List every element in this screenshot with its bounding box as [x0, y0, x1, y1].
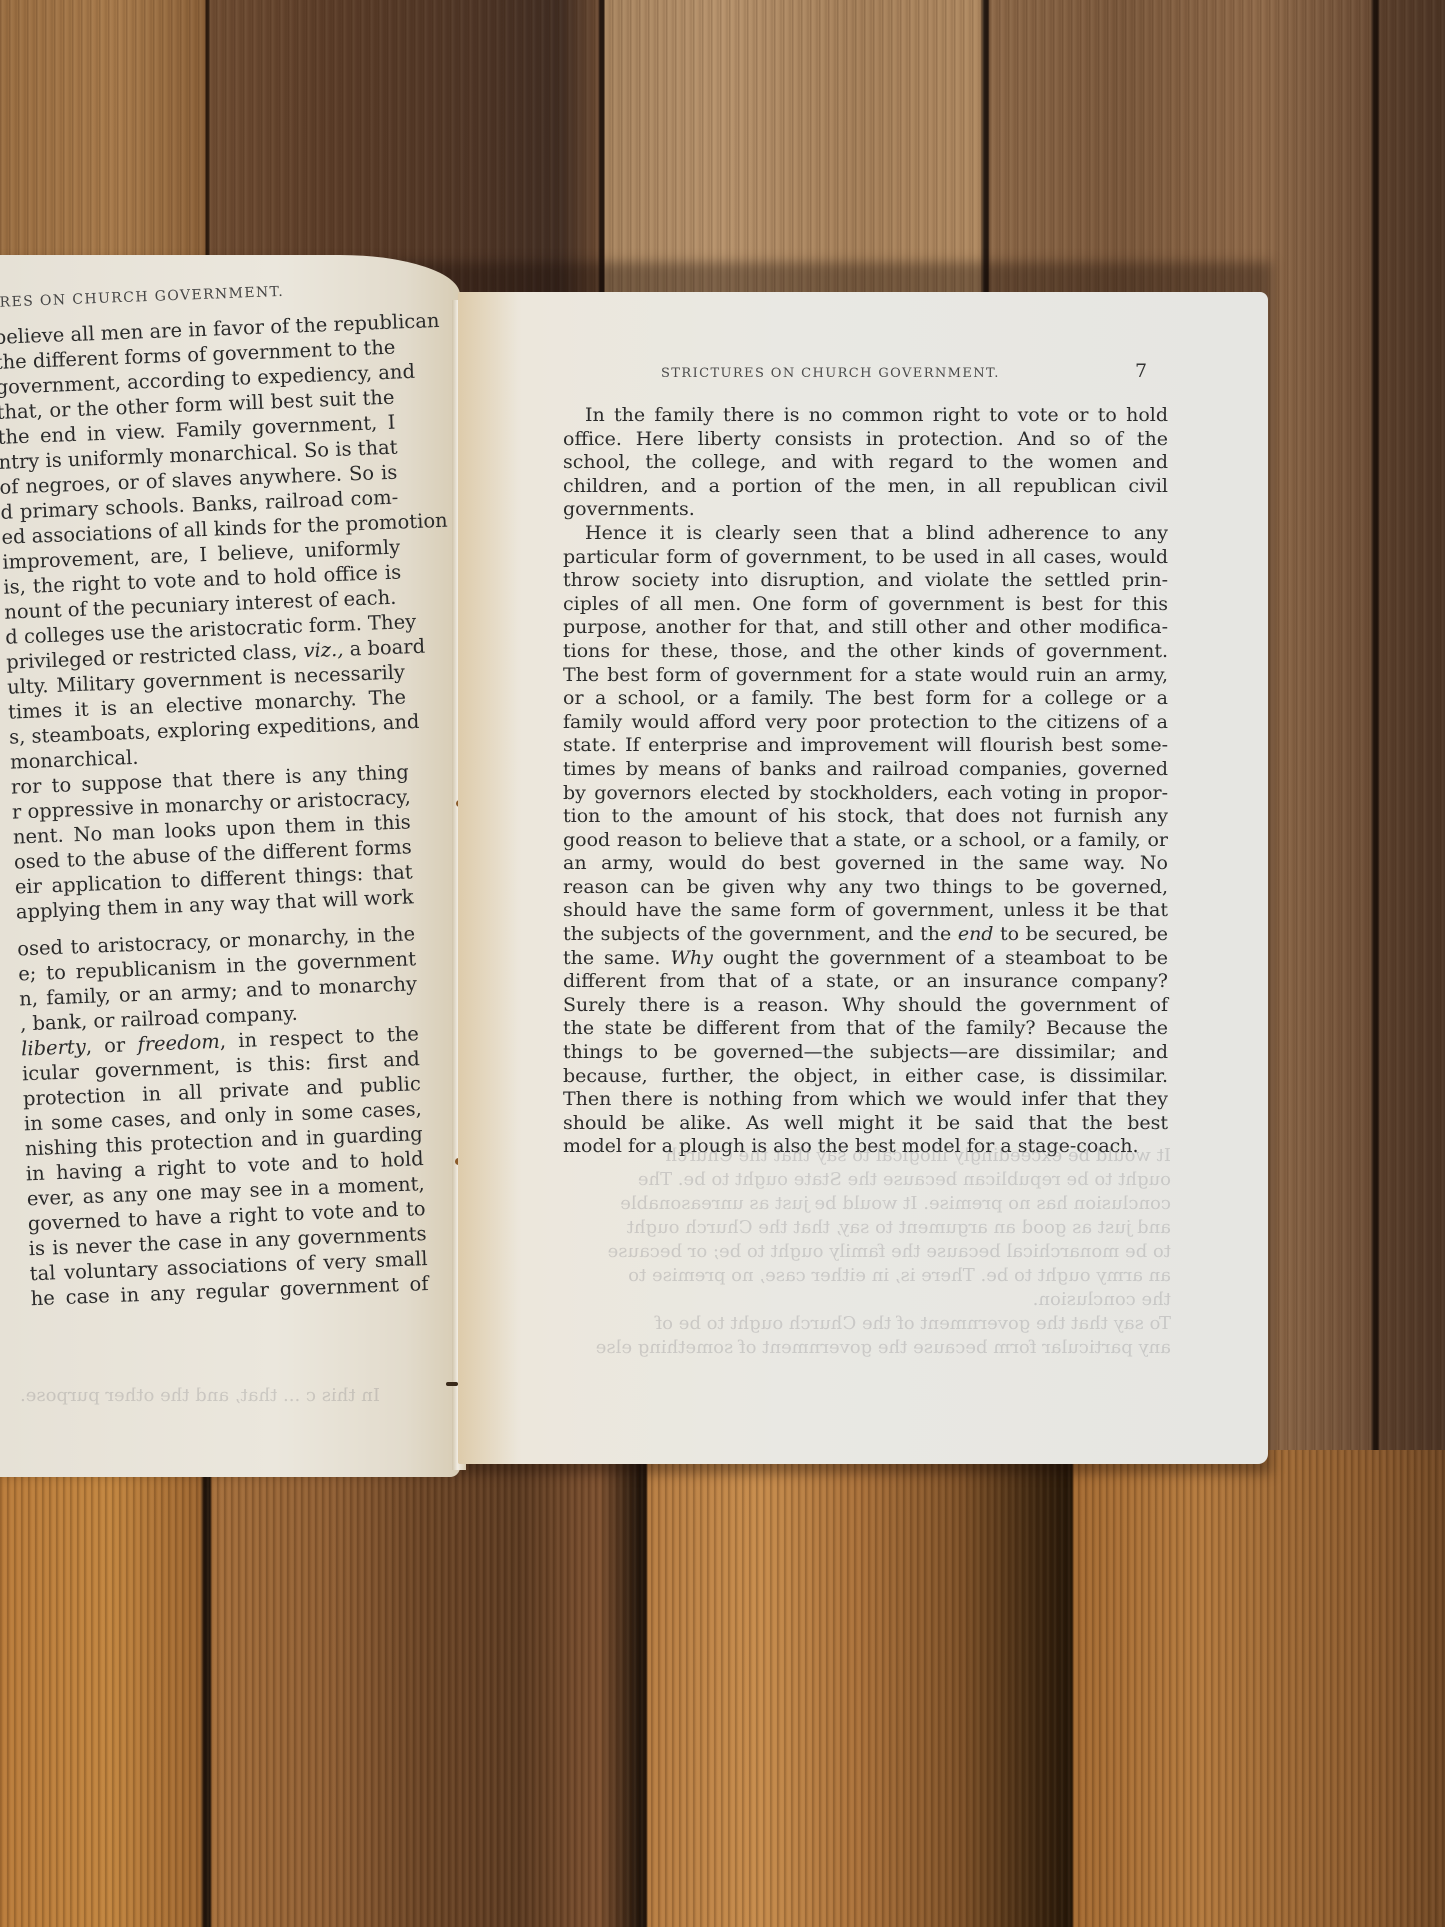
- text-line: tions for these, those, and the other ki…: [563, 640, 1168, 664]
- text-line: tion to the amount of his stock, that do…: [563, 805, 1168, 829]
- text-line: particular form of government, to be use…: [563, 546, 1168, 570]
- text-line: by governors elected by stockholders, ea…: [563, 782, 1168, 806]
- page-number: 7: [1135, 360, 1147, 382]
- left-page-text: URES ON CHURCH GOVERNMENT. believe all m…: [0, 276, 429, 1312]
- text-line: The best form of government for a state …: [563, 664, 1168, 688]
- text-line: an army, would do best governed in the s…: [563, 852, 1168, 876]
- text-line: should be alike. As well might it be sai…: [563, 1112, 1168, 1136]
- text-line: throw society into disruption, and viola…: [563, 569, 1168, 593]
- text-line: office. Here liberty consists in protect…: [563, 428, 1168, 452]
- text-line: the state be different from that of the …: [563, 1017, 1168, 1041]
- text-line: should have the same form of government,…: [563, 899, 1168, 923]
- text-line: different from that of a state, or an in…: [563, 970, 1168, 994]
- bleed-line: to be monarchical because the family oug…: [566, 1240, 1171, 1264]
- text-line: good reason to believe that a state, or …: [563, 829, 1168, 853]
- text-line: purpose, another for that, and still oth…: [563, 616, 1168, 640]
- text-line: because, further, the object, in either …: [563, 1065, 1168, 1089]
- text-line: the subjects of the government, and the …: [563, 923, 1168, 947]
- bleed-line: conclusion has no premise. It would be j…: [566, 1192, 1171, 1216]
- bleed-line: It would be exceedingly illogical to say…: [566, 1144, 1171, 1168]
- text-line: children, and a portion of the men, in a…: [563, 475, 1168, 499]
- bleed-through-text: It would be exceedingly illogical to say…: [566, 1144, 1171, 1360]
- wooden-floor-lower: [0, 1450, 1445, 1927]
- age-stain: [458, 292, 518, 1464]
- bleed-line: an army ought to be. There is, in either…: [566, 1264, 1171, 1288]
- bleed-line: any particular form because the governme…: [566, 1336, 1171, 1360]
- text-line: Surely there is a reason. Why should the…: [563, 994, 1168, 1018]
- text-line: reason can be given why any two things t…: [563, 876, 1168, 900]
- text-line: Hence it is clearly seen that a blind ad…: [563, 522, 1168, 546]
- bleed-line: and just as good an argument to say, tha…: [566, 1216, 1171, 1240]
- right-page-text: In the family there is no common right t…: [563, 404, 1168, 1159]
- text-line: state. If enterprise and improvement wil…: [563, 734, 1168, 758]
- right-running-head: STRICTURES ON CHURCH GOVERNMENT.: [661, 366, 1000, 381]
- binding-stitch: [446, 1382, 458, 1386]
- left-page: URES ON CHURCH GOVERNMENT. believe all m…: [0, 255, 460, 1477]
- text-line: times by means of banks and railroad com…: [563, 758, 1168, 782]
- right-page: STRICTURES ON CHURCH GOVERNMENT. 7 In th…: [458, 292, 1268, 1464]
- text-line: or a school, or a family. The best form …: [563, 687, 1168, 711]
- text-line: school, the college, and with regard to …: [563, 451, 1168, 475]
- text-line: things to be governed—the subjects—are d…: [563, 1041, 1168, 1065]
- left-bleed-through-text: In this c ... that, and the other purpos…: [0, 1385, 380, 1406]
- bleed-line: ought to be republican because the State…: [566, 1168, 1171, 1192]
- bleed-line: the conclusion.: [566, 1288, 1171, 1312]
- text-line: Then there is nothing from which we woul…: [563, 1088, 1168, 1112]
- text-line: governments.: [563, 498, 1168, 522]
- text-line: ciples of all men. One form of governmen…: [563, 593, 1168, 617]
- text-line: family would afford very poor protection…: [563, 711, 1168, 735]
- text-line: the same. Why ought the government of a …: [563, 947, 1168, 971]
- text-line: In the family there is no common right t…: [563, 404, 1168, 428]
- bleed-line: To say that the government of the Church…: [566, 1312, 1171, 1336]
